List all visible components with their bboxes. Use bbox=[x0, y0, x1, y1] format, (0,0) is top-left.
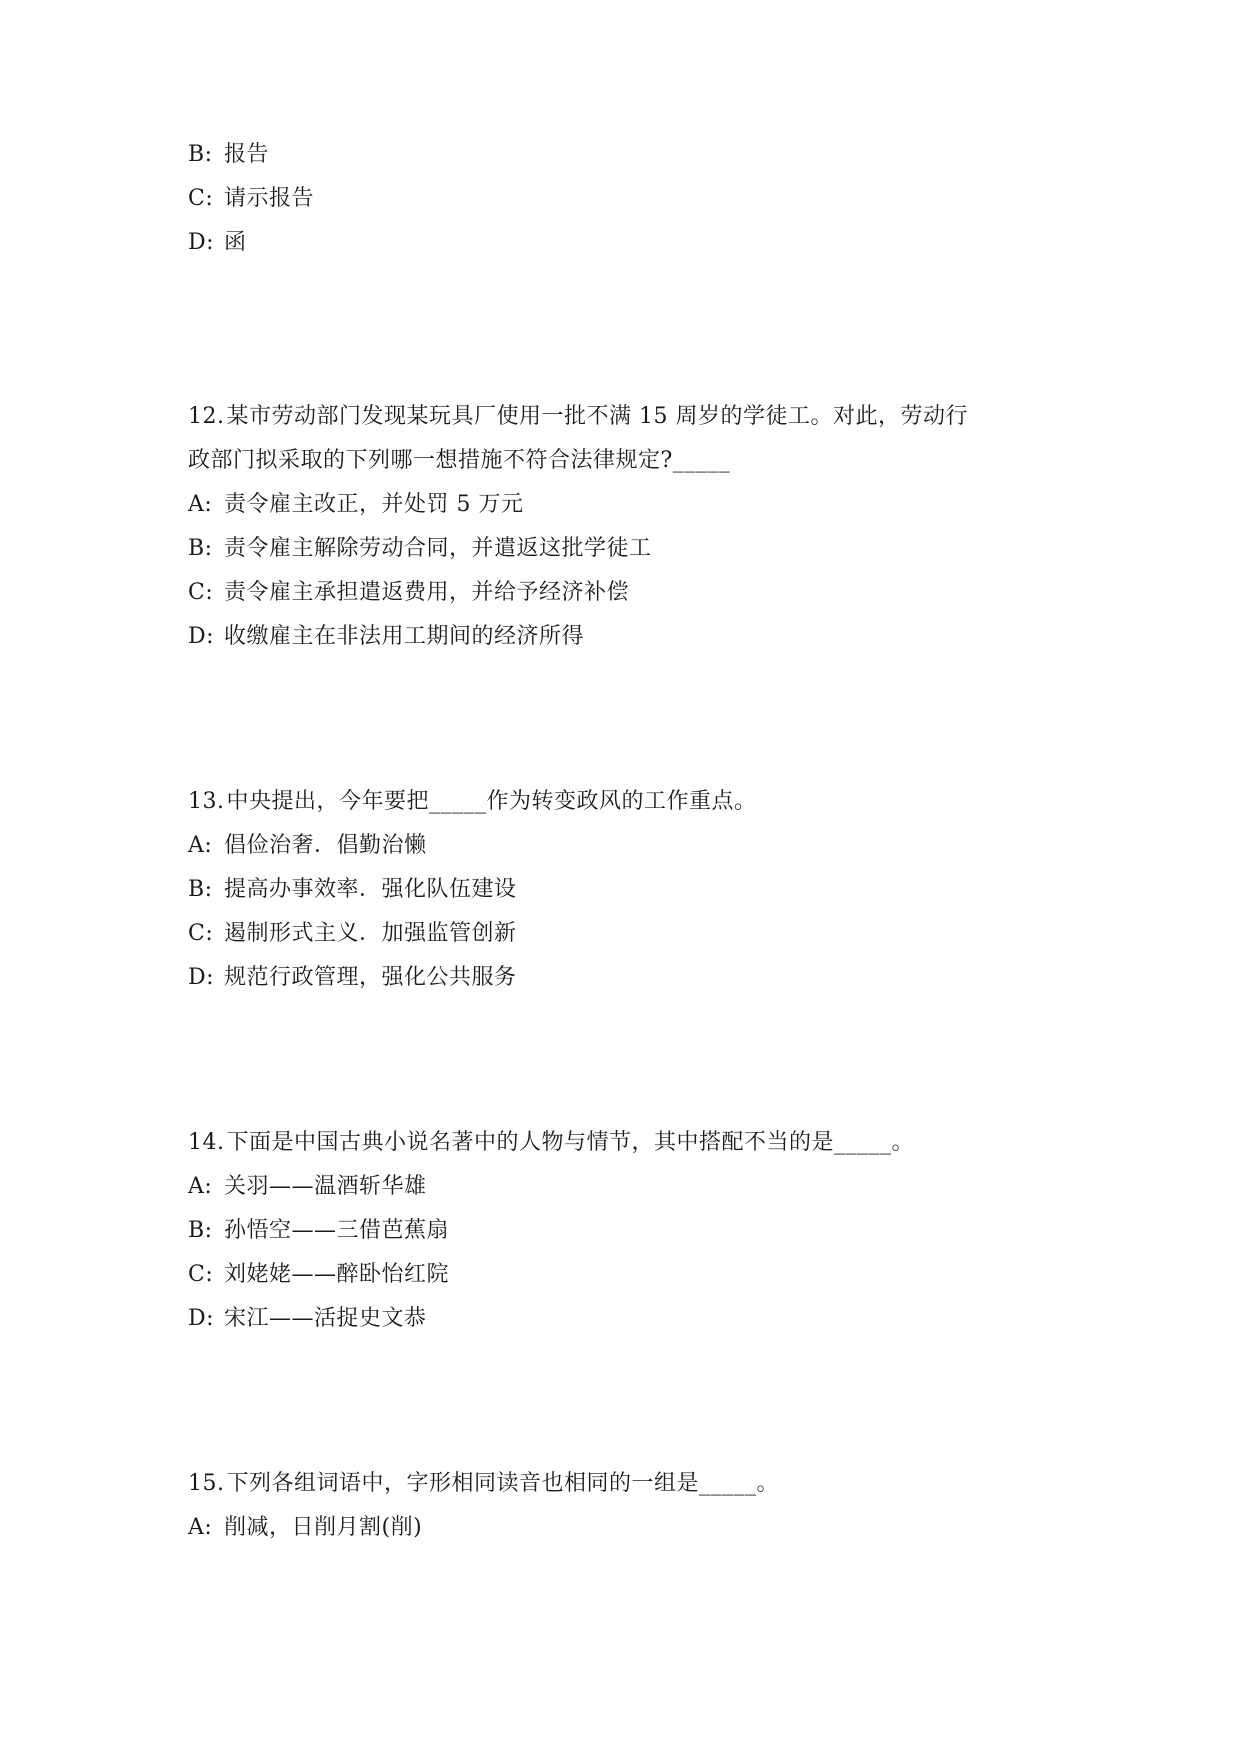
option-letter: D: bbox=[188, 1304, 224, 1334]
question-number: 12. bbox=[188, 404, 225, 429]
option-text: 请示报告 bbox=[224, 186, 314, 211]
option-letter: D: bbox=[188, 228, 224, 258]
option-text: 责令雇主改正，并处罚 5 万元 bbox=[224, 492, 523, 517]
option-b: B:报告 bbox=[188, 140, 269, 170]
option-letter: B: bbox=[188, 875, 224, 905]
question-stem: 政部门拟采取的下列哪一想措施不符合法律规定?_____ bbox=[188, 448, 730, 473]
question-15-option-a: A:削减，日削月割(削) bbox=[188, 1513, 422, 1543]
option-letter: D: bbox=[188, 963, 224, 993]
option-text: 孙悟空——三借芭蕉扇 bbox=[224, 1218, 449, 1243]
option-text: 关羽——温酒斩华雄 bbox=[224, 1174, 427, 1199]
question-15-stem: 15.下列各组词语中，字形相同读音也相同的一组是_____。 bbox=[188, 1469, 779, 1499]
option-c: C:请示报告 bbox=[188, 184, 314, 214]
option-letter: A: bbox=[188, 831, 224, 861]
question-12-option-d: D:收缴雇主在非法用工期间的经济所得 bbox=[188, 622, 584, 652]
option-letter: C: bbox=[188, 919, 224, 949]
question-13-option-b: B:提高办事效率．强化队伍建设 bbox=[188, 875, 517, 905]
option-letter: A: bbox=[188, 1513, 224, 1543]
option-text: 规范行政管理，强化公共服务 bbox=[224, 965, 517, 990]
option-letter: B: bbox=[188, 534, 224, 564]
option-letter: B: bbox=[188, 1216, 224, 1246]
option-text: 收缴雇主在非法用工期间的经济所得 bbox=[224, 624, 584, 649]
question-stem: 下面是中国古典小说名著中的人物与情节，其中搭配不当的是_____。 bbox=[227, 1130, 915, 1155]
option-letter: B: bbox=[188, 140, 224, 170]
question-stem: 某市劳动部门发现某玩具厂使用一批不满 15 周岁的学徒工。对此，劳动行 bbox=[227, 404, 968, 429]
question-12-option-b: B:责令雇主解除劳动合同，并遣返这批学徒工 bbox=[188, 534, 652, 564]
option-letter: C: bbox=[188, 578, 224, 608]
question-12-option-a: A:责令雇主改正，并处罚 5 万元 bbox=[188, 490, 523, 520]
question-13-stem: 13.中央提出，今年要把_____作为转变政风的工作重点。 bbox=[188, 787, 757, 817]
option-text: 责令雇主承担遣返费用，并给予经济补偿 bbox=[224, 580, 629, 605]
question-13-option-d: D:规范行政管理，强化公共服务 bbox=[188, 963, 517, 993]
question-number: 13. bbox=[188, 789, 225, 814]
question-12-stem-line-2: 政部门拟采取的下列哪一想措施不符合法律规定?_____ bbox=[188, 446, 730, 476]
option-text: 削减，日削月割(削) bbox=[224, 1515, 422, 1540]
question-number: 14. bbox=[188, 1130, 225, 1155]
question-stem: 下列各组词语中，字形相同读音也相同的一组是_____。 bbox=[227, 1471, 780, 1496]
option-text: 报告 bbox=[224, 142, 269, 167]
question-14-option-d: D:宋江——活捉史文恭 bbox=[188, 1304, 427, 1334]
question-14-option-b: B:孙悟空——三借芭蕉扇 bbox=[188, 1216, 449, 1246]
question-stem: 中央提出，今年要把_____作为转变政风的工作重点。 bbox=[227, 789, 757, 814]
question-12-stem-line-1: 12.某市劳动部门发现某玩具厂使用一批不满 15 周岁的学徒工。对此，劳动行 bbox=[188, 402, 968, 432]
question-13-option-c: C:遏制形式主义．加强监管创新 bbox=[188, 919, 517, 949]
option-text: 遏制形式主义．加强监管创新 bbox=[224, 921, 517, 946]
option-text: 倡俭治奢．倡勤治懒 bbox=[224, 833, 427, 858]
option-text: 宋江——活捉史文恭 bbox=[224, 1306, 427, 1331]
option-d: D:函 bbox=[188, 228, 247, 258]
option-letter: C: bbox=[188, 184, 224, 214]
option-letter: A: bbox=[188, 490, 224, 520]
question-14-option-c: C:刘姥姥——醉卧怡红院 bbox=[188, 1260, 449, 1290]
option-text: 责令雇主解除劳动合同，并遣返这批学徒工 bbox=[224, 536, 652, 561]
question-13-option-a: A:倡俭治奢．倡勤治懒 bbox=[188, 831, 427, 861]
option-letter: A: bbox=[188, 1172, 224, 1202]
question-12-option-c: C:责令雇主承担遣返费用，并给予经济补偿 bbox=[188, 578, 629, 608]
question-number: 15. bbox=[188, 1471, 225, 1496]
document-page: B:报告 C:请示报告 D:函 12.某市劳动部门发现某玩具厂使用一批不满 15… bbox=[0, 0, 1240, 1753]
option-text: 提高办事效率．强化队伍建设 bbox=[224, 877, 517, 902]
option-text: 刘姥姥——醉卧怡红院 bbox=[224, 1262, 449, 1287]
option-letter: D: bbox=[188, 622, 224, 652]
question-14-option-a: A:关羽——温酒斩华雄 bbox=[188, 1172, 427, 1202]
question-14-stem: 14.下面是中国古典小说名著中的人物与情节，其中搭配不当的是_____。 bbox=[188, 1128, 914, 1158]
option-text: 函 bbox=[224, 230, 247, 255]
option-letter: C: bbox=[188, 1260, 224, 1290]
